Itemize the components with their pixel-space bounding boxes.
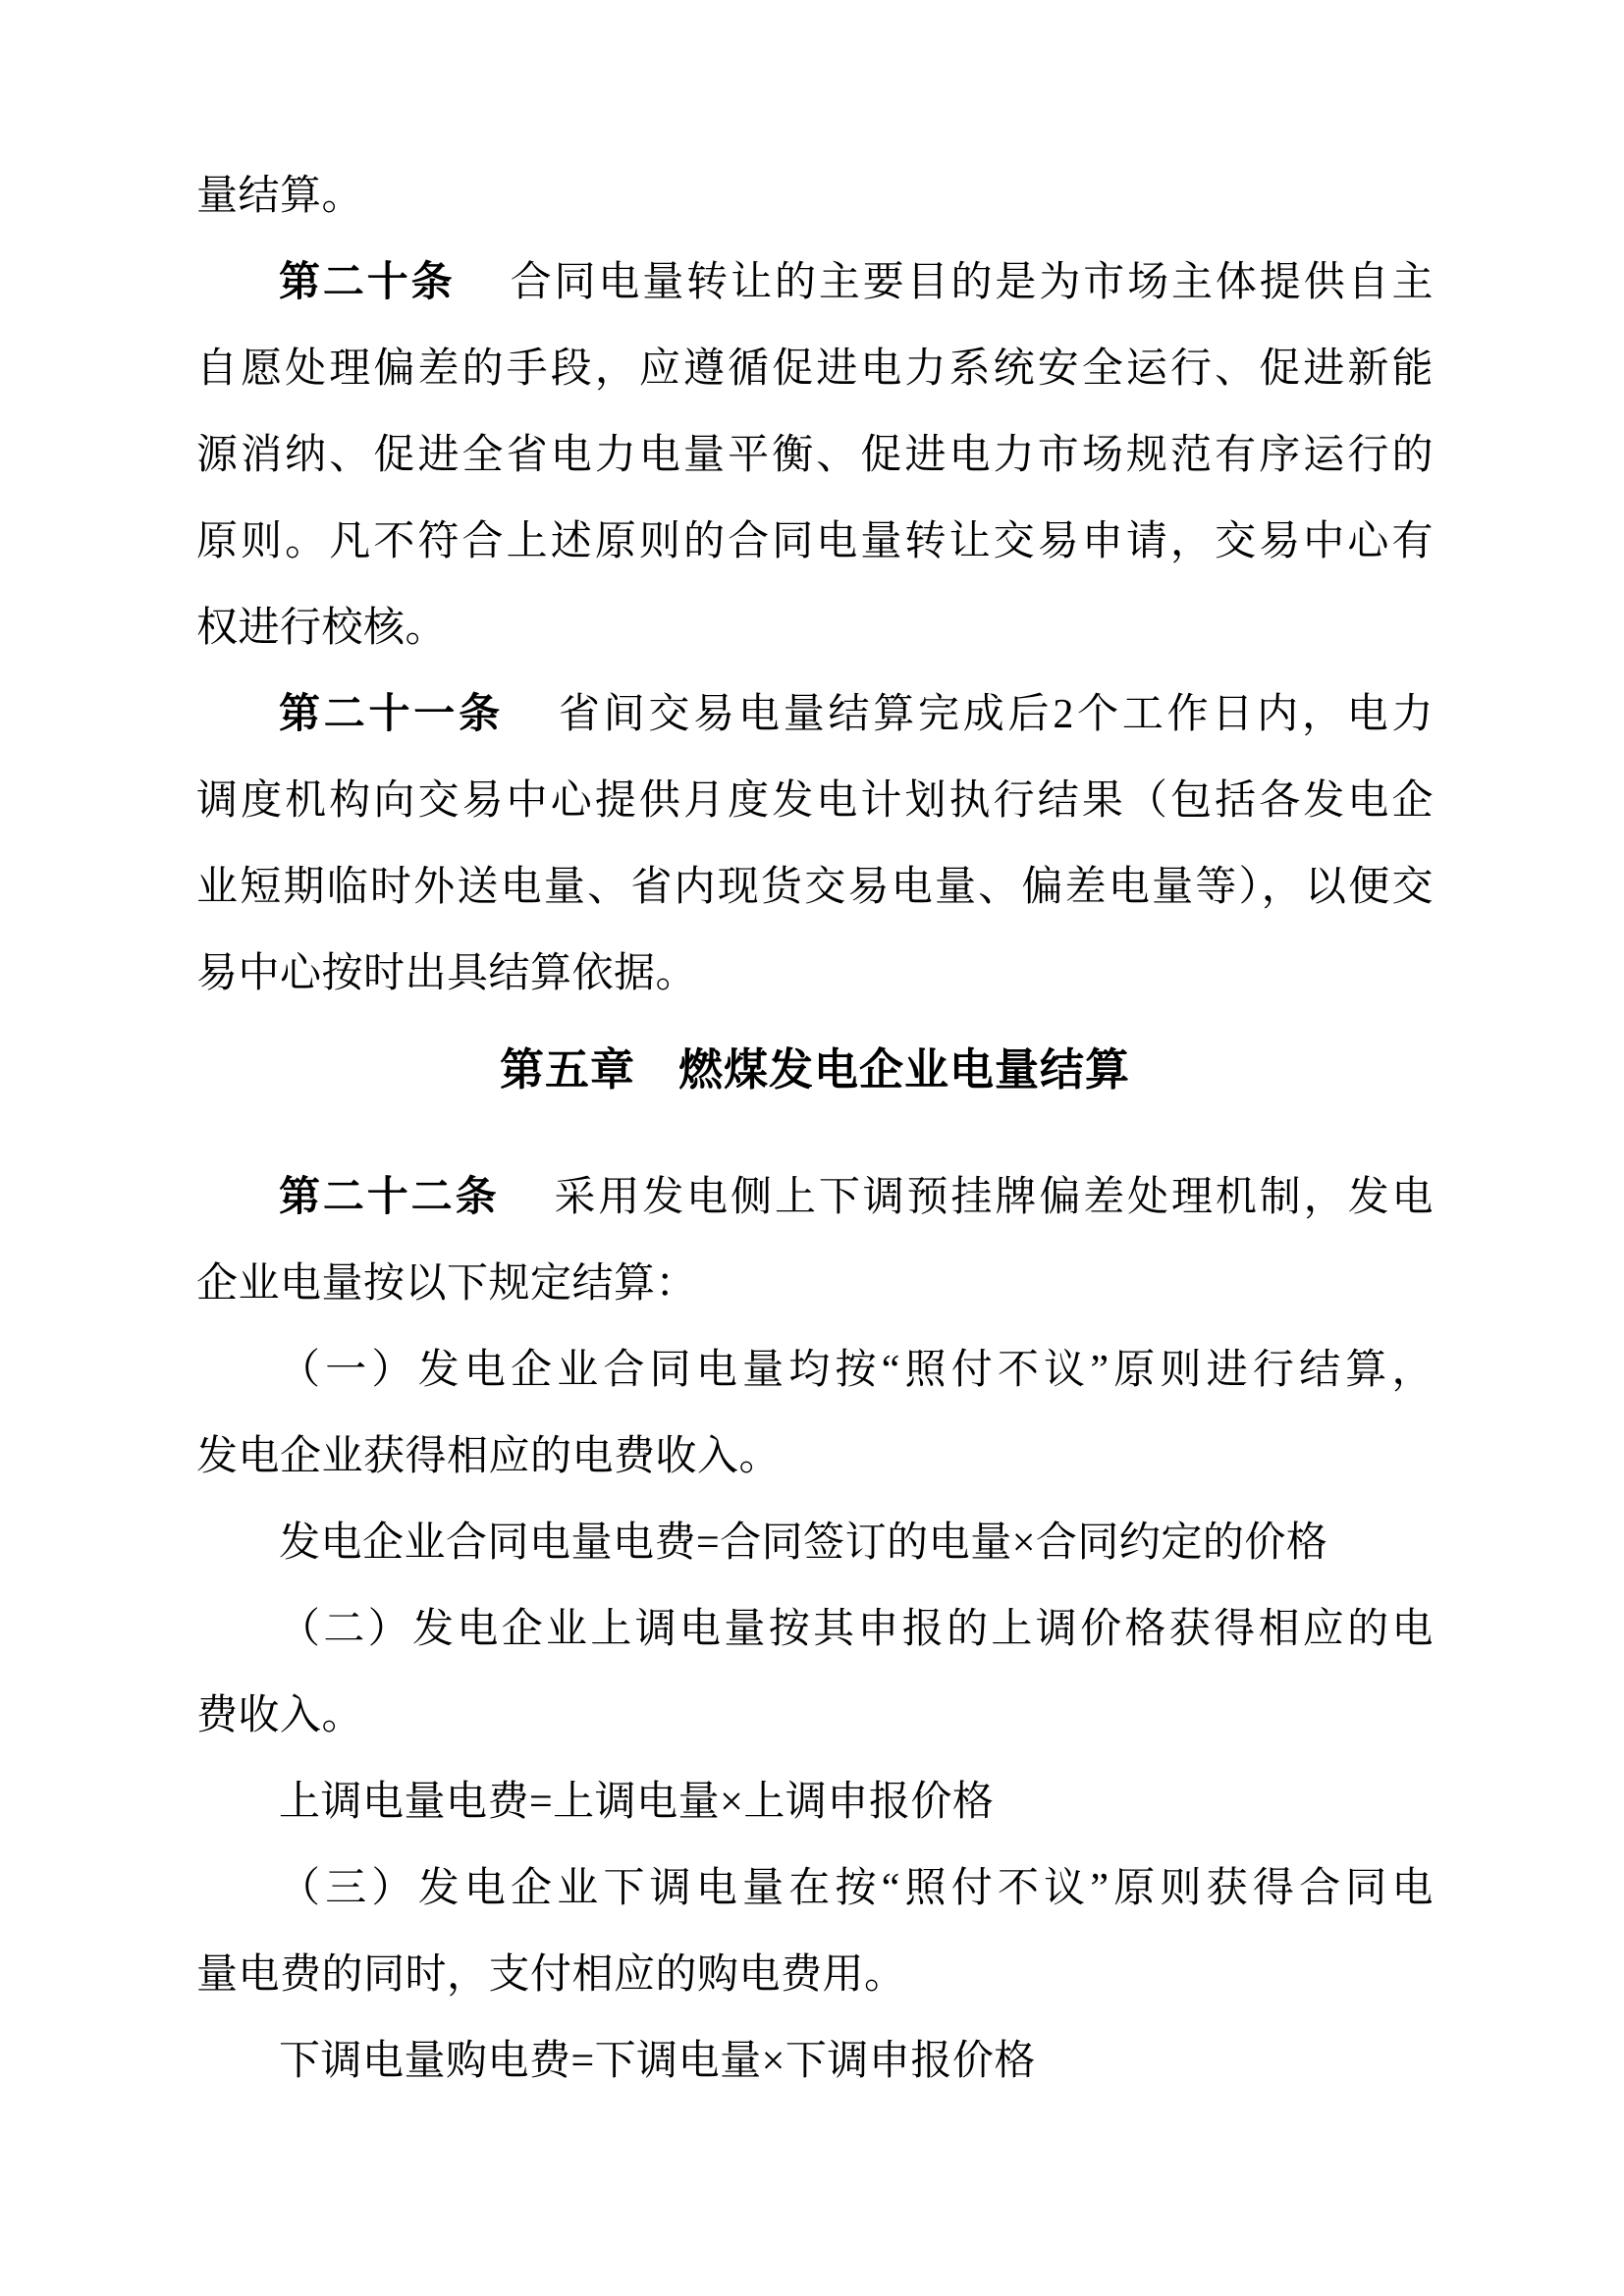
formula-up-regulation-line: 上调电量电费=上调电量×上调申报价格 xyxy=(196,1759,1434,1845)
text-line: 调度机构向交易中心提供月度发电计划执行结果（包括各发电企 xyxy=(196,758,1434,844)
article-22-opening-line: 第二十二条采用发电侧上下调预挂牌偏差处理机制，发电 xyxy=(196,1154,1434,1241)
article-20-opening-line: 第二十条合同电量转让的主要目的是为市场主体提供自主 xyxy=(196,240,1434,326)
line-text: （二）发电企业上调电量按其申报的上调价格获得相应的电 xyxy=(279,1607,1434,1652)
line-text: 业短期临时外送电量、省内现货交易电量、偏差电量等），以便交 xyxy=(196,865,1434,910)
article-20-label: 第二十条 xyxy=(279,260,456,305)
text-line: 量结算。 xyxy=(196,153,1434,240)
text-line: 源消纳、促进全省电力电量平衡、促进电力市场规范有序运行的 xyxy=(196,412,1434,499)
document-body: 量结算。 第二十条合同电量转让的主要目的是为市场主体提供自主 自愿处理偏差的手段… xyxy=(196,153,1434,2105)
text-line: 原则。凡不符合上述原则的合同电量转让交易申请，交易中心有 xyxy=(196,499,1434,585)
line-text: 自愿处理偏差的手段，应遵循促进电力系统安全运行、促进新能 xyxy=(196,347,1434,392)
line-text: 费收入。 xyxy=(196,1693,363,1738)
chapter-heading: 第五章燃煤发电企业电量结算 xyxy=(196,1027,1434,1113)
line-text: （三）发电企业下调电量在按“照付不议”原则获得合同电 xyxy=(279,1866,1434,1911)
line-text: 易中心按时出具结算依据。 xyxy=(196,951,697,996)
line-text: 企业电量按以下规定结算： xyxy=(196,1261,697,1307)
formula-text: 上调电量电费=上调电量×上调申报价格 xyxy=(279,1780,994,1825)
line-text: 量结算。 xyxy=(196,174,363,219)
line-text: 发电企业获得相应的电费收入。 xyxy=(196,1434,781,1479)
line-text: 调度机构向交易中心提供月度发电计划执行结果（包括各发电企 xyxy=(196,778,1434,824)
text-line: 自愿处理偏差的手段，应遵循促进电力系统安全运行、促进新能 xyxy=(196,326,1434,412)
line-text: 量电费的同时，支付相应的购电费用。 xyxy=(196,1952,906,1998)
text-line: 业短期临时外送电量、省内现货交易电量、偏差电量等），以便交 xyxy=(196,844,1434,931)
item-3-line: （三）发电企业下调电量在按“照付不议”原则获得合同电 xyxy=(196,1845,1434,1932)
article-22-label: 第二十二条 xyxy=(279,1175,499,1220)
article-21-opening-line: 第二十一条省间交易电量结算完成后2个工作日内，电力 xyxy=(196,671,1434,758)
document-page: 量结算。 第二十条合同电量转让的主要目的是为市场主体提供自主 自愿处理偏差的手段… xyxy=(0,0,1624,2296)
text-line: 量电费的同时，支付相应的购电费用。 xyxy=(196,1932,1434,2018)
line-text: 采用发电侧上下调预挂牌偏差处理机制，发电 xyxy=(554,1175,1434,1220)
line-text: 源消纳、促进全省电力电量平衡、促进电力市场规范有序运行的 xyxy=(196,433,1434,478)
article-21-label: 第二十一条 xyxy=(279,692,504,737)
formula-down-regulation-line: 下调电量购电费=下调电量×下调申报价格 xyxy=(196,2018,1434,2105)
text-line: 企业电量按以下规定结算： xyxy=(196,1241,1434,1327)
item-1-line: （一）发电企业合同电量均按“照付不议”原则进行结算， xyxy=(196,1327,1434,1414)
formula-text: 发电企业合同电量电费=合同签订的电量×合同约定的价格 xyxy=(279,1521,1327,1566)
line-text: 省间交易电量结算完成后2个工作日内，电力 xyxy=(559,692,1434,737)
chapter-title: 燃煤发电企业电量结算 xyxy=(678,1044,1130,1095)
text-line: 费收入。 xyxy=(196,1673,1434,1759)
line-text: 合同电量转让的主要目的是为市场主体提供自主 xyxy=(511,260,1434,305)
line-text: 权进行校核。 xyxy=(196,606,447,651)
text-line: 权进行校核。 xyxy=(196,585,1434,671)
formula-contract-fee-line: 发电企业合同电量电费=合同签订的电量×合同约定的价格 xyxy=(196,1500,1434,1586)
line-text: 原则。凡不符合上述原则的合同电量转让交易申请，交易中心有 xyxy=(196,519,1434,564)
formula-text: 下调电量购电费=下调电量×下调申报价格 xyxy=(279,2039,1036,2084)
chapter-number: 第五章 xyxy=(500,1044,635,1095)
text-line: 易中心按时出具结算依据。 xyxy=(196,931,1434,1017)
text-line: 发电企业获得相应的电费收入。 xyxy=(196,1414,1434,1500)
item-2-line: （二）发电企业上调电量按其申报的上调价格获得相应的电 xyxy=(196,1586,1434,1673)
line-text: （一）发电企业合同电量均按“照付不议”原则进行结算， xyxy=(279,1348,1434,1393)
